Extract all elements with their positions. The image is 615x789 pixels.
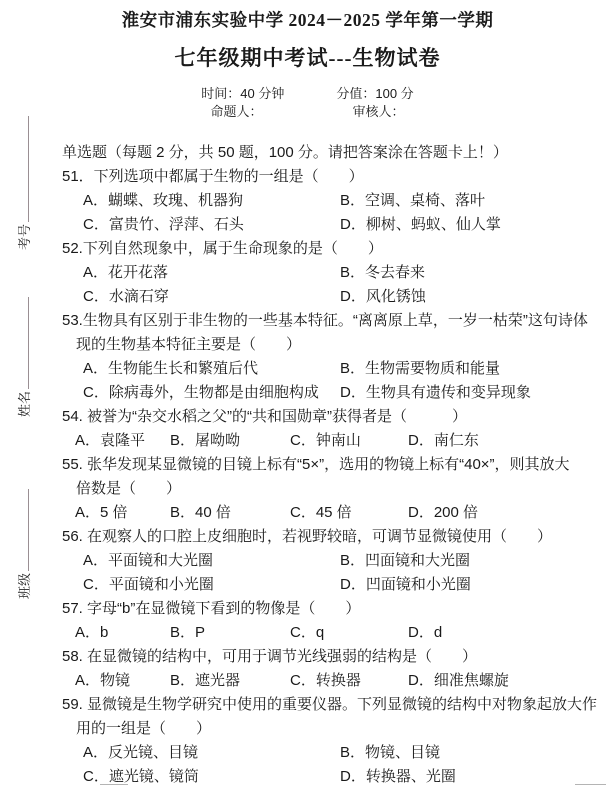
question-57-stem: 57. 字母“b”在显微镜下看到的物像是（ ） bbox=[62, 597, 608, 621]
question-57-option-A: A．b bbox=[75, 621, 108, 645]
question-59-options-row-2: C．遮光镜、镜筒D．转换器、光圈 bbox=[62, 765, 608, 789]
margin-group-class: 班级 bbox=[14, 489, 33, 599]
question-56-option-D: D．凹面镜和小光圈 bbox=[340, 573, 471, 597]
exam-title: 七年级期中考试---生物试卷 bbox=[0, 45, 615, 71]
exam-credit-line: 命题人： 审核人： bbox=[0, 103, 615, 121]
question-58-options-row-1: A．物镜B．遮光器C．转换器D．细准焦螺旋 bbox=[62, 669, 608, 693]
question-56-option-A: A．平面镜和大光圈 bbox=[83, 549, 213, 573]
question-55-stem-cont: 倍数是（ ） bbox=[62, 477, 608, 501]
margin-group-exam-number: 考号 bbox=[14, 116, 33, 250]
question-54-option-A: A．袁隆平 bbox=[75, 429, 145, 453]
question-55-options-row-1: A．5 倍B．40 倍C．45 倍D．200 倍 bbox=[62, 501, 608, 525]
question-56-option-C: C．平面镜和小光圈 bbox=[83, 573, 214, 597]
question-55-option-A: A．5 倍 bbox=[75, 501, 128, 525]
question-59-option-A: A．反光镜、目镜 bbox=[83, 741, 198, 765]
question-52-option-D: D．风化锈蚀 bbox=[340, 285, 426, 309]
question-53-option-C: C．除病毒外，生物都是由细胞构成 bbox=[83, 381, 319, 405]
questions-area: 单选题（每题 2 分，共 50 题，100 分。请把答案涂在答题卡上！） 51．… bbox=[62, 141, 608, 789]
question-51-option-D: D．柳树、蚂蚁、仙人掌 bbox=[340, 213, 501, 237]
question-53-option-D: D．生物具有遗传和变异现象 bbox=[340, 381, 531, 405]
question-58-option-A: A．物镜 bbox=[75, 669, 130, 693]
table-edge-mark-right bbox=[575, 784, 606, 785]
question-55-option-B: B．40 倍 bbox=[170, 501, 231, 525]
question-55-stem: 55. 张华发现某显微镜的目镜上标有“5×”，选用的物镜上标有“40×”，则其放… bbox=[62, 453, 608, 477]
score-label: 分值：100 分 bbox=[336, 85, 413, 103]
exam-info-line: 时间：40 分钟 分值：100 分 bbox=[0, 85, 615, 103]
question-59-option-D: D．转换器、光圈 bbox=[340, 765, 456, 789]
question-52-option-A: A．花开花落 bbox=[83, 261, 168, 285]
question-53-option-B: B．生物需要物质和能量 bbox=[340, 357, 500, 381]
question-52-options-row-1: A．花开花落B．冬去春来 bbox=[62, 261, 608, 285]
question-55-option-C: C．45 倍 bbox=[290, 501, 352, 525]
question-56-options-row-2: C．平面镜和小光圈D．凹面镜和小光圈 bbox=[62, 573, 608, 597]
question-59-stem-cont: 用的一组是（ ） bbox=[62, 717, 608, 741]
question-55-option-D: D．200 倍 bbox=[408, 501, 478, 525]
question-51-option-A: A．蝴蝶、玫瑰、机器狗 bbox=[83, 189, 243, 213]
margin-label-class: 班级 bbox=[17, 573, 32, 599]
question-53-options-row-2: C．除病毒外，生物都是由细胞构成D．生物具有遗传和变异现象 bbox=[62, 381, 608, 405]
question-58-option-D: D．细准焦螺旋 bbox=[408, 669, 509, 693]
question-57-option-B: B．P bbox=[170, 621, 205, 645]
question-58-stem: 58. 在显微镜的结构中，可用于调节光线强弱的结构是（ ） bbox=[62, 645, 608, 669]
question-59-option-C: C．遮光镜、镜筒 bbox=[83, 765, 199, 789]
question-52-option-C: C．水滴石穿 bbox=[83, 285, 169, 309]
name-blank-line bbox=[15, 297, 29, 389]
class-blank-line bbox=[15, 489, 29, 571]
question-53-option-A: A．生物能生长和繁殖后代 bbox=[83, 357, 258, 381]
margin-label-name: 姓名 bbox=[17, 391, 32, 417]
exam-header: 淮安市浦东实验中学 2024－2025 学年第一学期 七年级期中考试---生物试… bbox=[0, 8, 615, 121]
question-57-option-C: C．q bbox=[290, 621, 324, 645]
question-51-option-C: C．富贵竹、浮萍、石头 bbox=[83, 213, 244, 237]
question-54-option-D: D．南仁东 bbox=[408, 429, 479, 453]
question-51-options-row-2: C．富贵竹、浮萍、石头D．柳树、蚂蚁、仙人掌 bbox=[62, 213, 608, 237]
school-title: 淮安市浦东实验中学 2024－2025 学年第一学期 bbox=[0, 8, 615, 32]
question-52-option-B: B．冬去春来 bbox=[340, 261, 425, 285]
question-52-options-row-2: C．水滴石穿D．风化锈蚀 bbox=[62, 285, 608, 309]
question-53-stem: 53.生物具有区别于非生物的一些基本特征。“离离原上草，一岁一枯荣”这句诗体 bbox=[62, 309, 608, 333]
question-59-stem: 59. 显微镜是生物学研究中使用的重要仪器。下列显微镜的结构中对物象起放大作 bbox=[62, 693, 608, 717]
question-57-options-row-1: A．bB．PC．qD．d bbox=[62, 621, 608, 645]
question-56-options-row-1: A．平面镜和大光圈B．凹面镜和大光圈 bbox=[62, 549, 608, 573]
question-58-option-B: B．遮光器 bbox=[170, 669, 240, 693]
time-label: 时间：40 分钟 bbox=[201, 85, 284, 103]
question-53-stem-cont: 现的生物基本特征主要是（ ） bbox=[62, 333, 608, 357]
question-52-stem: 52.下列自然现象中，属于生命现象的是（ ） bbox=[62, 237, 608, 261]
question-51-option-B: B．空调、桌椅、落叶 bbox=[340, 189, 485, 213]
question-54-stem: 54. 被誉为“杂交水稻之父”的“共和国勋章”获得者是（ ） bbox=[62, 405, 608, 429]
question-58-option-C: C．转换器 bbox=[290, 669, 361, 693]
reviewer-label: 审核人： bbox=[353, 103, 405, 121]
question-54-option-B: B．屠呦呦 bbox=[170, 429, 240, 453]
question-51-stem: 51．下列选项中都属于生物的一组是（ ） bbox=[62, 165, 608, 189]
table-edge-mark-left bbox=[100, 784, 128, 785]
setter-label: 命题人： bbox=[210, 103, 262, 121]
question-59-option-B: B．物镜、目镜 bbox=[340, 741, 440, 765]
question-57-option-D: D．d bbox=[408, 621, 442, 645]
exam-number-blank-line bbox=[15, 116, 29, 222]
section-intro: 单选题（每题 2 分，共 50 题，100 分。请把答案涂在答题卡上！） bbox=[62, 141, 608, 165]
question-53-options-row-1: A．生物能生长和繁殖后代B．生物需要物质和能量 bbox=[62, 357, 608, 381]
question-51-options-row-1: A．蝴蝶、玫瑰、机器狗B．空调、桌椅、落叶 bbox=[62, 189, 608, 213]
question-54-options-row-1: A．袁隆平B．屠呦呦C．钟南山D．南仁东 bbox=[62, 429, 608, 453]
question-59-options-row-1: A．反光镜、目镜B．物镜、目镜 bbox=[62, 741, 608, 765]
question-54-option-C: C．钟南山 bbox=[290, 429, 361, 453]
question-56-stem: 56. 在观察人的口腔上皮细胞时，若视野较暗，可调节显微镜使用（ ） bbox=[62, 525, 608, 549]
margin-label-exam-number: 考号 bbox=[17, 224, 32, 250]
margin-group-name: 姓名 bbox=[14, 297, 33, 417]
question-56-option-B: B．凹面镜和大光圈 bbox=[340, 549, 470, 573]
